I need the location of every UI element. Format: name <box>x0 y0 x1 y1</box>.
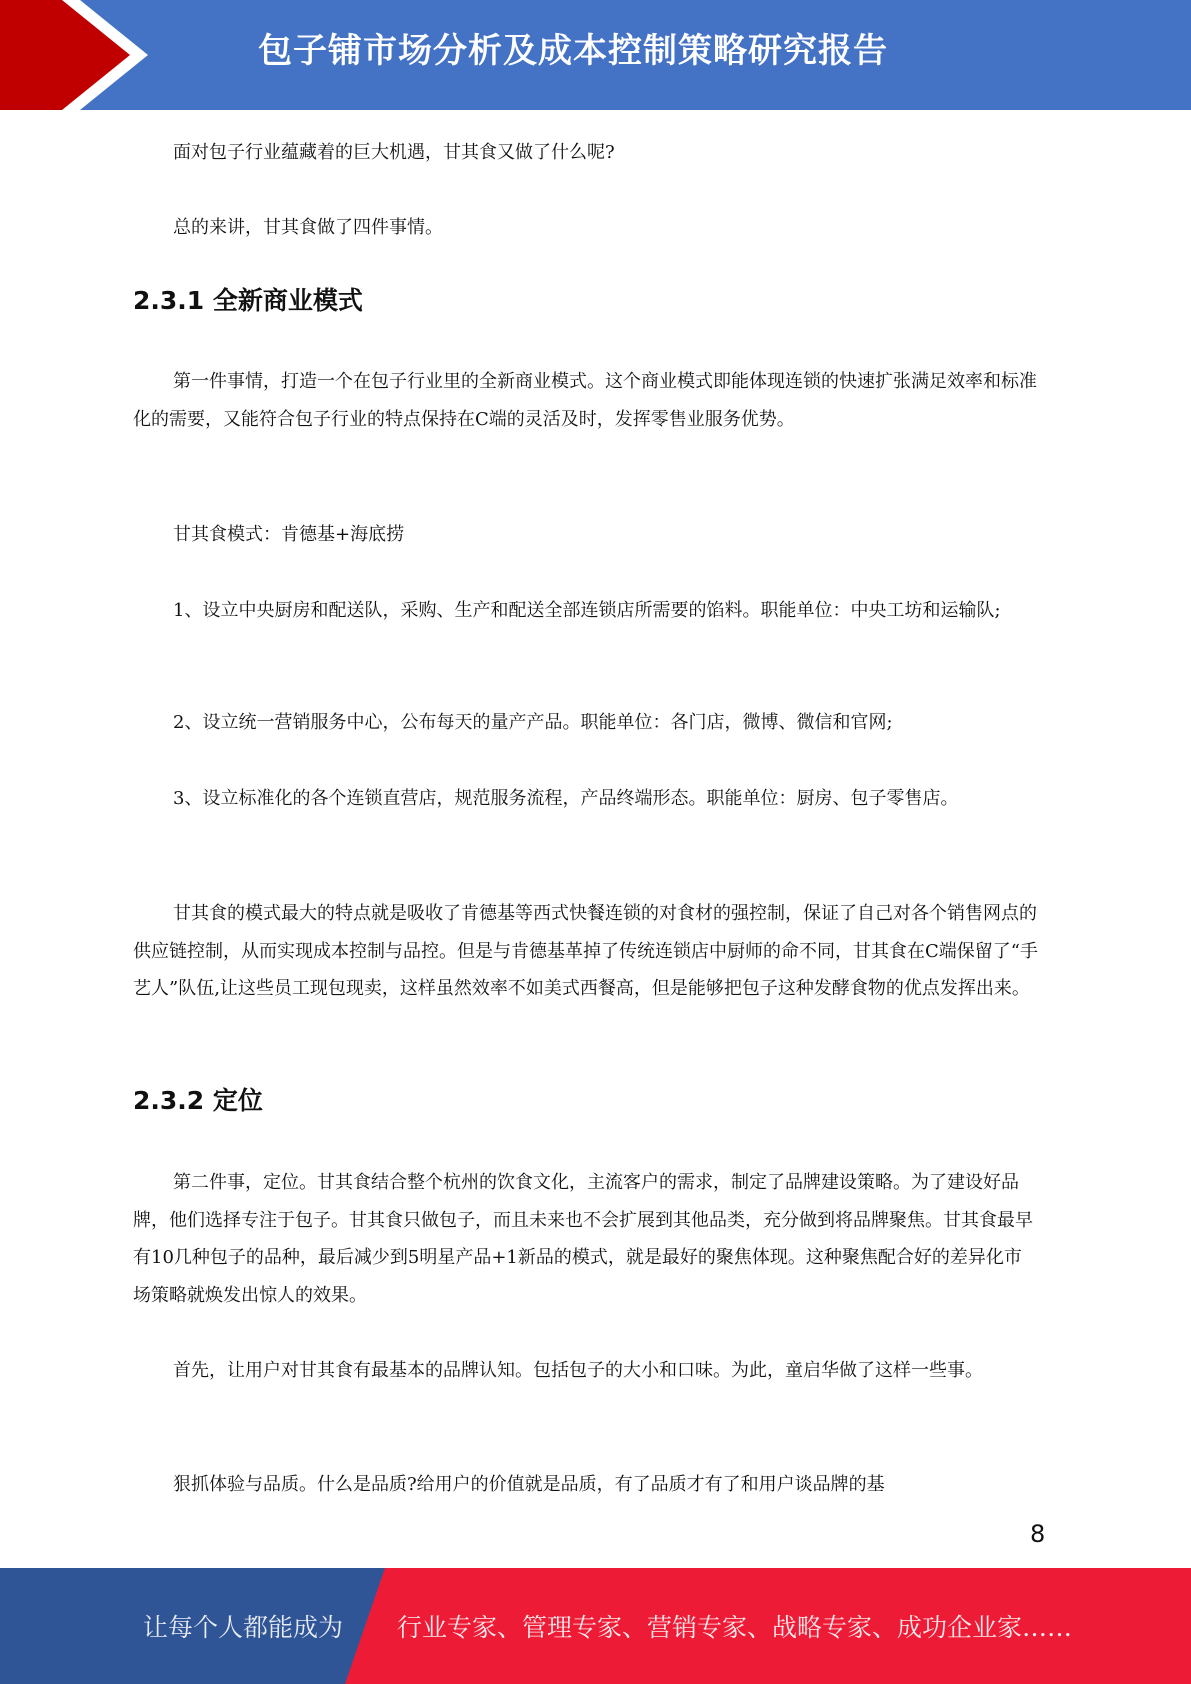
paragraph: 第一件事情，打造一个在包子行业里的全新商业模式。这个商业模式即能体现连锁的快速扩… <box>133 363 1039 438</box>
paragraph: 甘其食模式：肯德基+海底捞 <box>133 516 1039 554</box>
paragraph: 甘其食的模式最大的特点就是吸收了肯德基等西式快餐连锁的对食材的强控制，保证了自己… <box>133 895 1039 1008</box>
footer-slogan-right: 行业专家、管理专家、营销专家、战略专家、成功企业家…… <box>397 1608 1072 1644</box>
list-item: 1、设立中央厨房和配送队，采购、生产和配送全部连锁店所需要的馅料。职能单位：中央… <box>133 592 1039 630</box>
report-title: 包子铺市场分析及成本控制策略研究报告 <box>258 28 888 74</box>
paragraph: 面对包子行业蕴藏着的巨大机遇，甘其食又做了什么呢? <box>133 134 1039 172</box>
page-footer: 让每个人都能成为 行业专家、管理专家、营销专家、战略专家、成功企业家…… <box>0 1568 1191 1684</box>
paragraph: 狠抓体验与品质。什么是品质?给用户的价值就是品质，有了品质才有了和用户谈品牌的基 <box>133 1466 1039 1504</box>
section-heading: 2.3.2 定位 <box>133 1084 263 1118</box>
page-number: 8 <box>1030 1520 1045 1548</box>
paragraph: 首先，让用户对甘其食有最基本的品牌认知。包括包子的大小和口味。为此，童启华做了这… <box>133 1352 1039 1390</box>
list-item: 3、设立标准化的各个连锁直营店，规范服务流程，产品终端形态。职能单位：厨房、包子… <box>133 780 1039 818</box>
page-header: 包子铺市场分析及成本控制策略研究报告 <box>0 0 1191 110</box>
paragraph: 总的来讲，甘其食做了四件事情。 <box>133 209 1039 247</box>
footer-slogan-left: 让每个人都能成为 <box>143 1608 343 1644</box>
paragraph: 第二件事，定位。甘其食结合整个杭州的饮食文化，主流客户的需求，制定了品牌建设策略… <box>133 1164 1039 1314</box>
section-heading: 2.3.1 全新商业模式 <box>133 284 363 318</box>
list-item: 2、设立统一营销服务中心，公布每天的量产产品。职能单位：各门店，微博、微信和官网… <box>133 704 1039 742</box>
